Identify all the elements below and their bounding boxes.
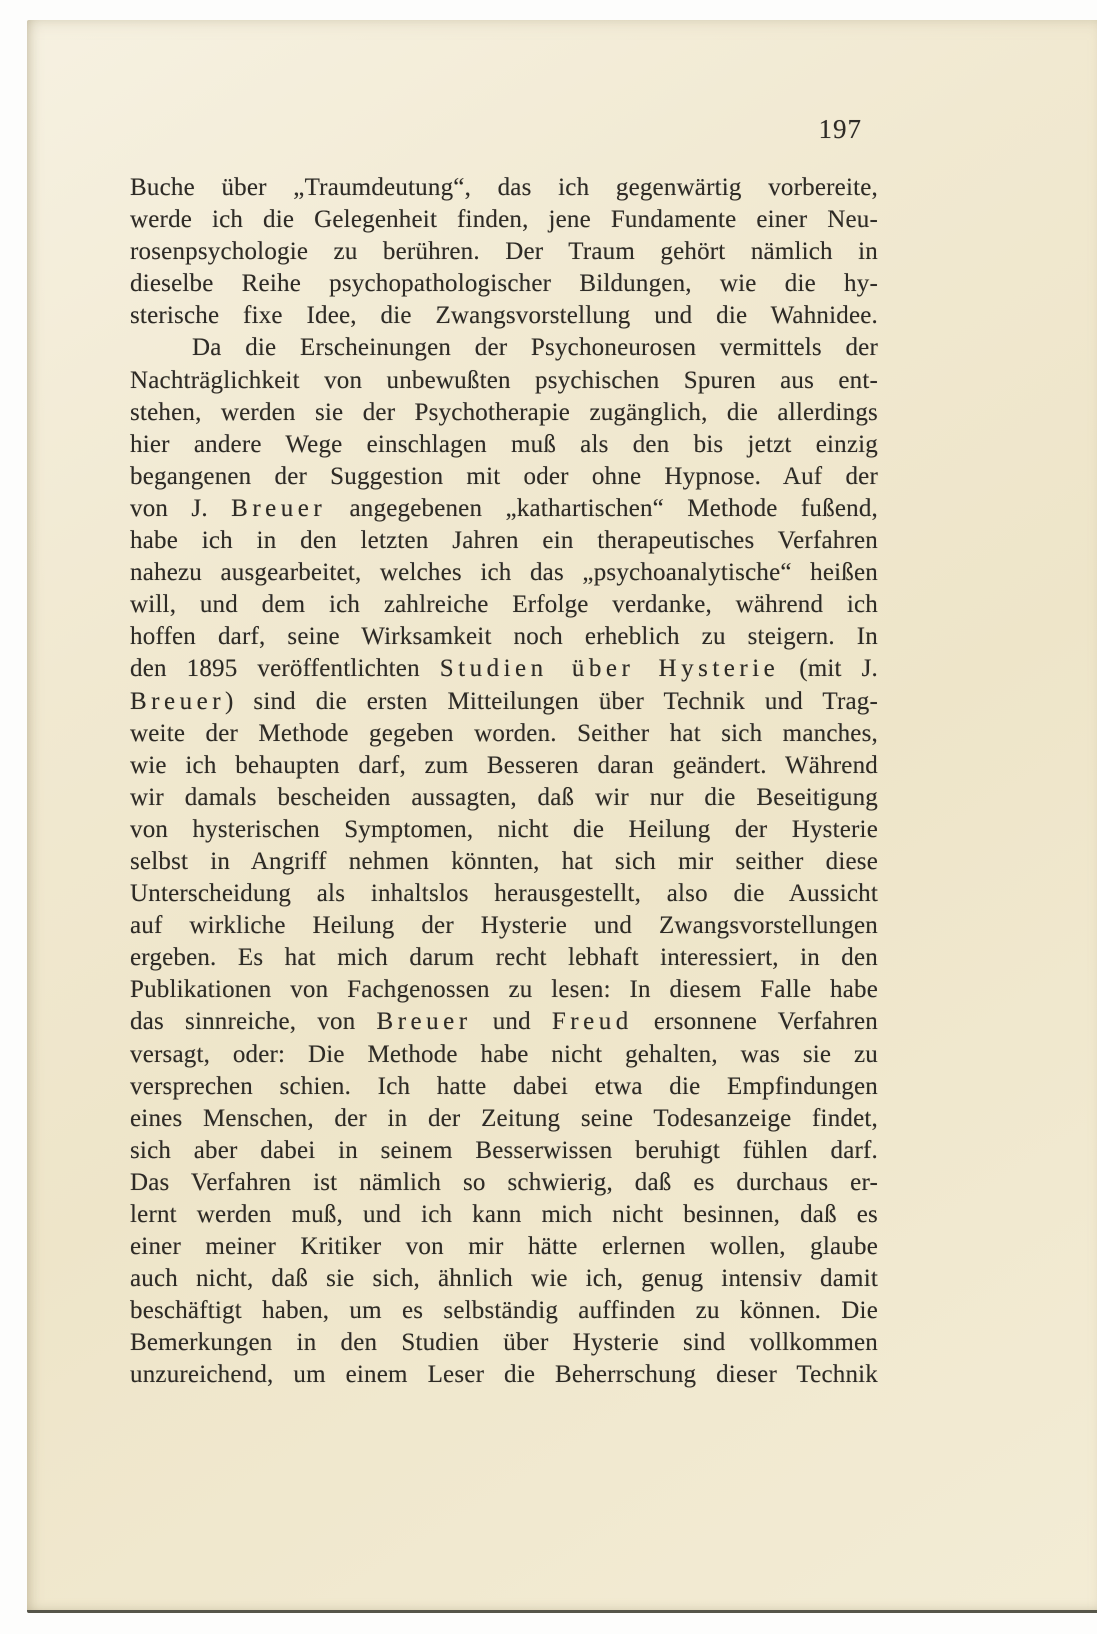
text-segment: selbst in Angriff nehmen könnten, hat si…: [130, 848, 878, 875]
text-segment: und: [472, 1008, 552, 1035]
text-segment: Nachträglichkeit von unbewußten psychisc…: [130, 367, 878, 394]
text-segment: den 1895 veröffentlichten: [130, 655, 440, 682]
text-segment: begangenen der Suggestion mit oder ohne …: [130, 463, 878, 490]
letterspaced-name: Breuer: [130, 688, 225, 715]
text-line: weite der Methode gegeben worden. Seithe…: [130, 718, 878, 750]
text-segment: ergeben. Es hat mich darum recht lebhaft…: [130, 944, 878, 971]
text-line: beschäftigt haben, um es selbständig auf…: [130, 1295, 878, 1327]
text-line: einer meiner Kritiker von mir hätte erle…: [130, 1231, 878, 1263]
text-line: den 1895 veröffentlichten Studien über H…: [130, 653, 878, 685]
text-segment: dieselbe Reihe psychopathologischer Bild…: [130, 270, 878, 297]
letterspaced-name: Studien über Hysterie: [440, 655, 780, 682]
text-segment: Da die Erscheinungen der Psychoneurosen …: [192, 334, 878, 361]
text-line: Buche über „Traumdeutung“, das ich gegen…: [130, 172, 878, 204]
text-line: sich aber dabei in seinem Besserwissen b…: [130, 1135, 878, 1167]
text-line: von J. Breuer angegebenen „kathartischen…: [130, 493, 878, 525]
scanned-book-page: 197 Buche über „Traumdeutung“, das ich g…: [0, 0, 1097, 1634]
text-line: wir damals bescheiden aussagten, daß wir…: [130, 782, 878, 814]
text-segment: beschäftigt haben, um es selbständig auf…: [130, 1297, 878, 1324]
page-number: 197: [130, 114, 878, 145]
text-segment: hier andere Wege einschlagen muß als den…: [130, 431, 878, 458]
letterspaced-name: Freud: [552, 1008, 633, 1035]
text-segment: werde ich die Gelegenheit finden, jene F…: [130, 206, 878, 233]
text-line: ergeben. Es hat mich darum recht lebhaft…: [130, 942, 878, 974]
text-segment: lernt werden muß, und ich kann mich nich…: [130, 1201, 878, 1228]
text-segment: Bemerkungen in den Studien über Hysterie…: [130, 1329, 878, 1356]
text-line: Publikationen von Fachgenossen zu lesen:…: [130, 974, 878, 1006]
text-block: Buche über „Traumdeutung“, das ich gegen…: [130, 172, 878, 1392]
text-segment: wir damals bescheiden aussagten, daß wir…: [130, 784, 878, 811]
text-segment: Buche über „Traumdeutung“, das ich gegen…: [130, 174, 878, 201]
text-segment: Publikationen von Fachgenossen zu lesen:…: [130, 976, 878, 1003]
text-line: rosenpsychologie zu berühren. Der Traum …: [130, 236, 878, 268]
text-line: hier andere Wege einschlagen muß als den…: [130, 429, 878, 461]
text-segment: (mit J.: [779, 655, 878, 682]
text-line: Das Verfahren ist nämlich so schwierig, …: [130, 1167, 878, 1199]
text-line: werde ich die Gelegenheit finden, jene F…: [130, 204, 878, 236]
text-line: Breuer) sind die ersten Mitteilungen übe…: [130, 686, 878, 718]
text-line: das sinnreiche, von Breuer und Freud ers…: [130, 1006, 878, 1038]
text-line: wie ich behaupten darf, zum Besseren dar…: [130, 750, 878, 782]
text-segment: versagt, oder: Die Methode habe nicht ge…: [130, 1041, 878, 1068]
text-segment: von hysterischen Symptomen, nicht die He…: [130, 816, 878, 843]
text-segment: angegebenen „kathartischen“ Methode fuße…: [326, 495, 878, 522]
text-segment: weite der Methode gegeben worden. Seithe…: [130, 720, 878, 747]
text-segment: stehen, werden sie der Psychotherapie zu…: [130, 399, 878, 426]
text-line: versagt, oder: Die Methode habe nicht ge…: [130, 1039, 878, 1071]
text-line: stehen, werden sie der Psychotherapie zu…: [130, 397, 878, 429]
text-segment: sterische fixe Idee, die Zwangsvorstellu…: [130, 302, 878, 329]
text-segment: auch nicht, daß sie sich, ähnlich wie ic…: [130, 1265, 878, 1292]
text-segment: Unterscheidung als inhaltslos herausgest…: [130, 880, 878, 907]
text-line: Nachträglichkeit von unbewußten psychisc…: [130, 365, 878, 397]
text-line: versprechen schien. Ich hatte dabei etwa…: [130, 1071, 878, 1103]
text-segment: von J.: [130, 495, 231, 522]
text-line: dieselbe Reihe psychopathologischer Bild…: [130, 268, 878, 300]
text-line: Da die Erscheinungen der Psychoneurosen …: [130, 332, 878, 364]
text-line: selbst in Angriff nehmen könnten, hat si…: [130, 846, 878, 878]
text-segment: versprechen schien. Ich hatte dabei etwa…: [130, 1073, 878, 1100]
text-line: lernt werden muß, und ich kann mich nich…: [130, 1199, 878, 1231]
text-line: sterische fixe Idee, die Zwangsvorstellu…: [130, 300, 878, 332]
text-segment: sich aber dabei in seinem Besserwissen b…: [130, 1137, 878, 1164]
text-line: begangenen der Suggestion mit oder ohne …: [130, 461, 878, 493]
text-segment: wie ich behaupten darf, zum Besseren dar…: [130, 752, 878, 779]
text-line: hoffen darf, seine Wirksamkeit noch erhe…: [130, 621, 878, 653]
text-line: unzureichend, um einem Leser die Beherrs…: [130, 1359, 878, 1391]
text-line: Bemerkungen in den Studien über Hysterie…: [130, 1327, 878, 1359]
text-segment: auf wirkliche Heilung der Hysterie und Z…: [130, 912, 878, 939]
letterspaced-name: Breuer: [377, 1008, 472, 1035]
text-line: nahezu ausgearbeitet, welches ich das „p…: [130, 557, 878, 589]
text-segment: eines Menschen, der in der Zeitung seine…: [130, 1105, 878, 1132]
text-line: auch nicht, daß sie sich, ähnlich wie ic…: [130, 1263, 878, 1295]
book-page-paper: 197 Buche über „Traumdeutung“, das ich g…: [27, 20, 1097, 1613]
text-segment: hoffen darf, seine Wirksamkeit noch erhe…: [130, 623, 878, 650]
text-line: habe ich in den letzten Jahren ein thera…: [130, 525, 878, 557]
text-line: Unterscheidung als inhaltslos herausgest…: [130, 878, 878, 910]
text-line: von hysterischen Symptomen, nicht die He…: [130, 814, 878, 846]
text-line: eines Menschen, der in der Zeitung seine…: [130, 1103, 878, 1135]
text-segment: habe ich in den letzten Jahren ein thera…: [130, 527, 878, 554]
text-segment: nahezu ausgearbeitet, welches ich das „p…: [130, 559, 878, 586]
text-line: will, und dem ich zahlreiche Erfolge ver…: [130, 589, 878, 621]
letterspaced-name: Breuer: [231, 495, 326, 522]
text-line: auf wirkliche Heilung der Hysterie und Z…: [130, 910, 878, 942]
text-segment: ) sind die ersten Mitteilungen über Tech…: [225, 688, 878, 715]
text-segment: ersonnene Verfahren: [633, 1008, 878, 1035]
text-segment: einer meiner Kritiker von mir hätte erle…: [130, 1233, 878, 1260]
text-segment: das sinnreiche, von: [130, 1008, 377, 1035]
text-segment: unzureichend, um einem Leser die Beherrs…: [130, 1361, 878, 1388]
text-segment: rosenpsychologie zu berühren. Der Traum …: [130, 238, 878, 265]
text-segment: Das Verfahren ist nämlich so schwierig, …: [130, 1169, 878, 1196]
text-segment: will, und dem ich zahlreiche Erfolge ver…: [130, 591, 878, 618]
